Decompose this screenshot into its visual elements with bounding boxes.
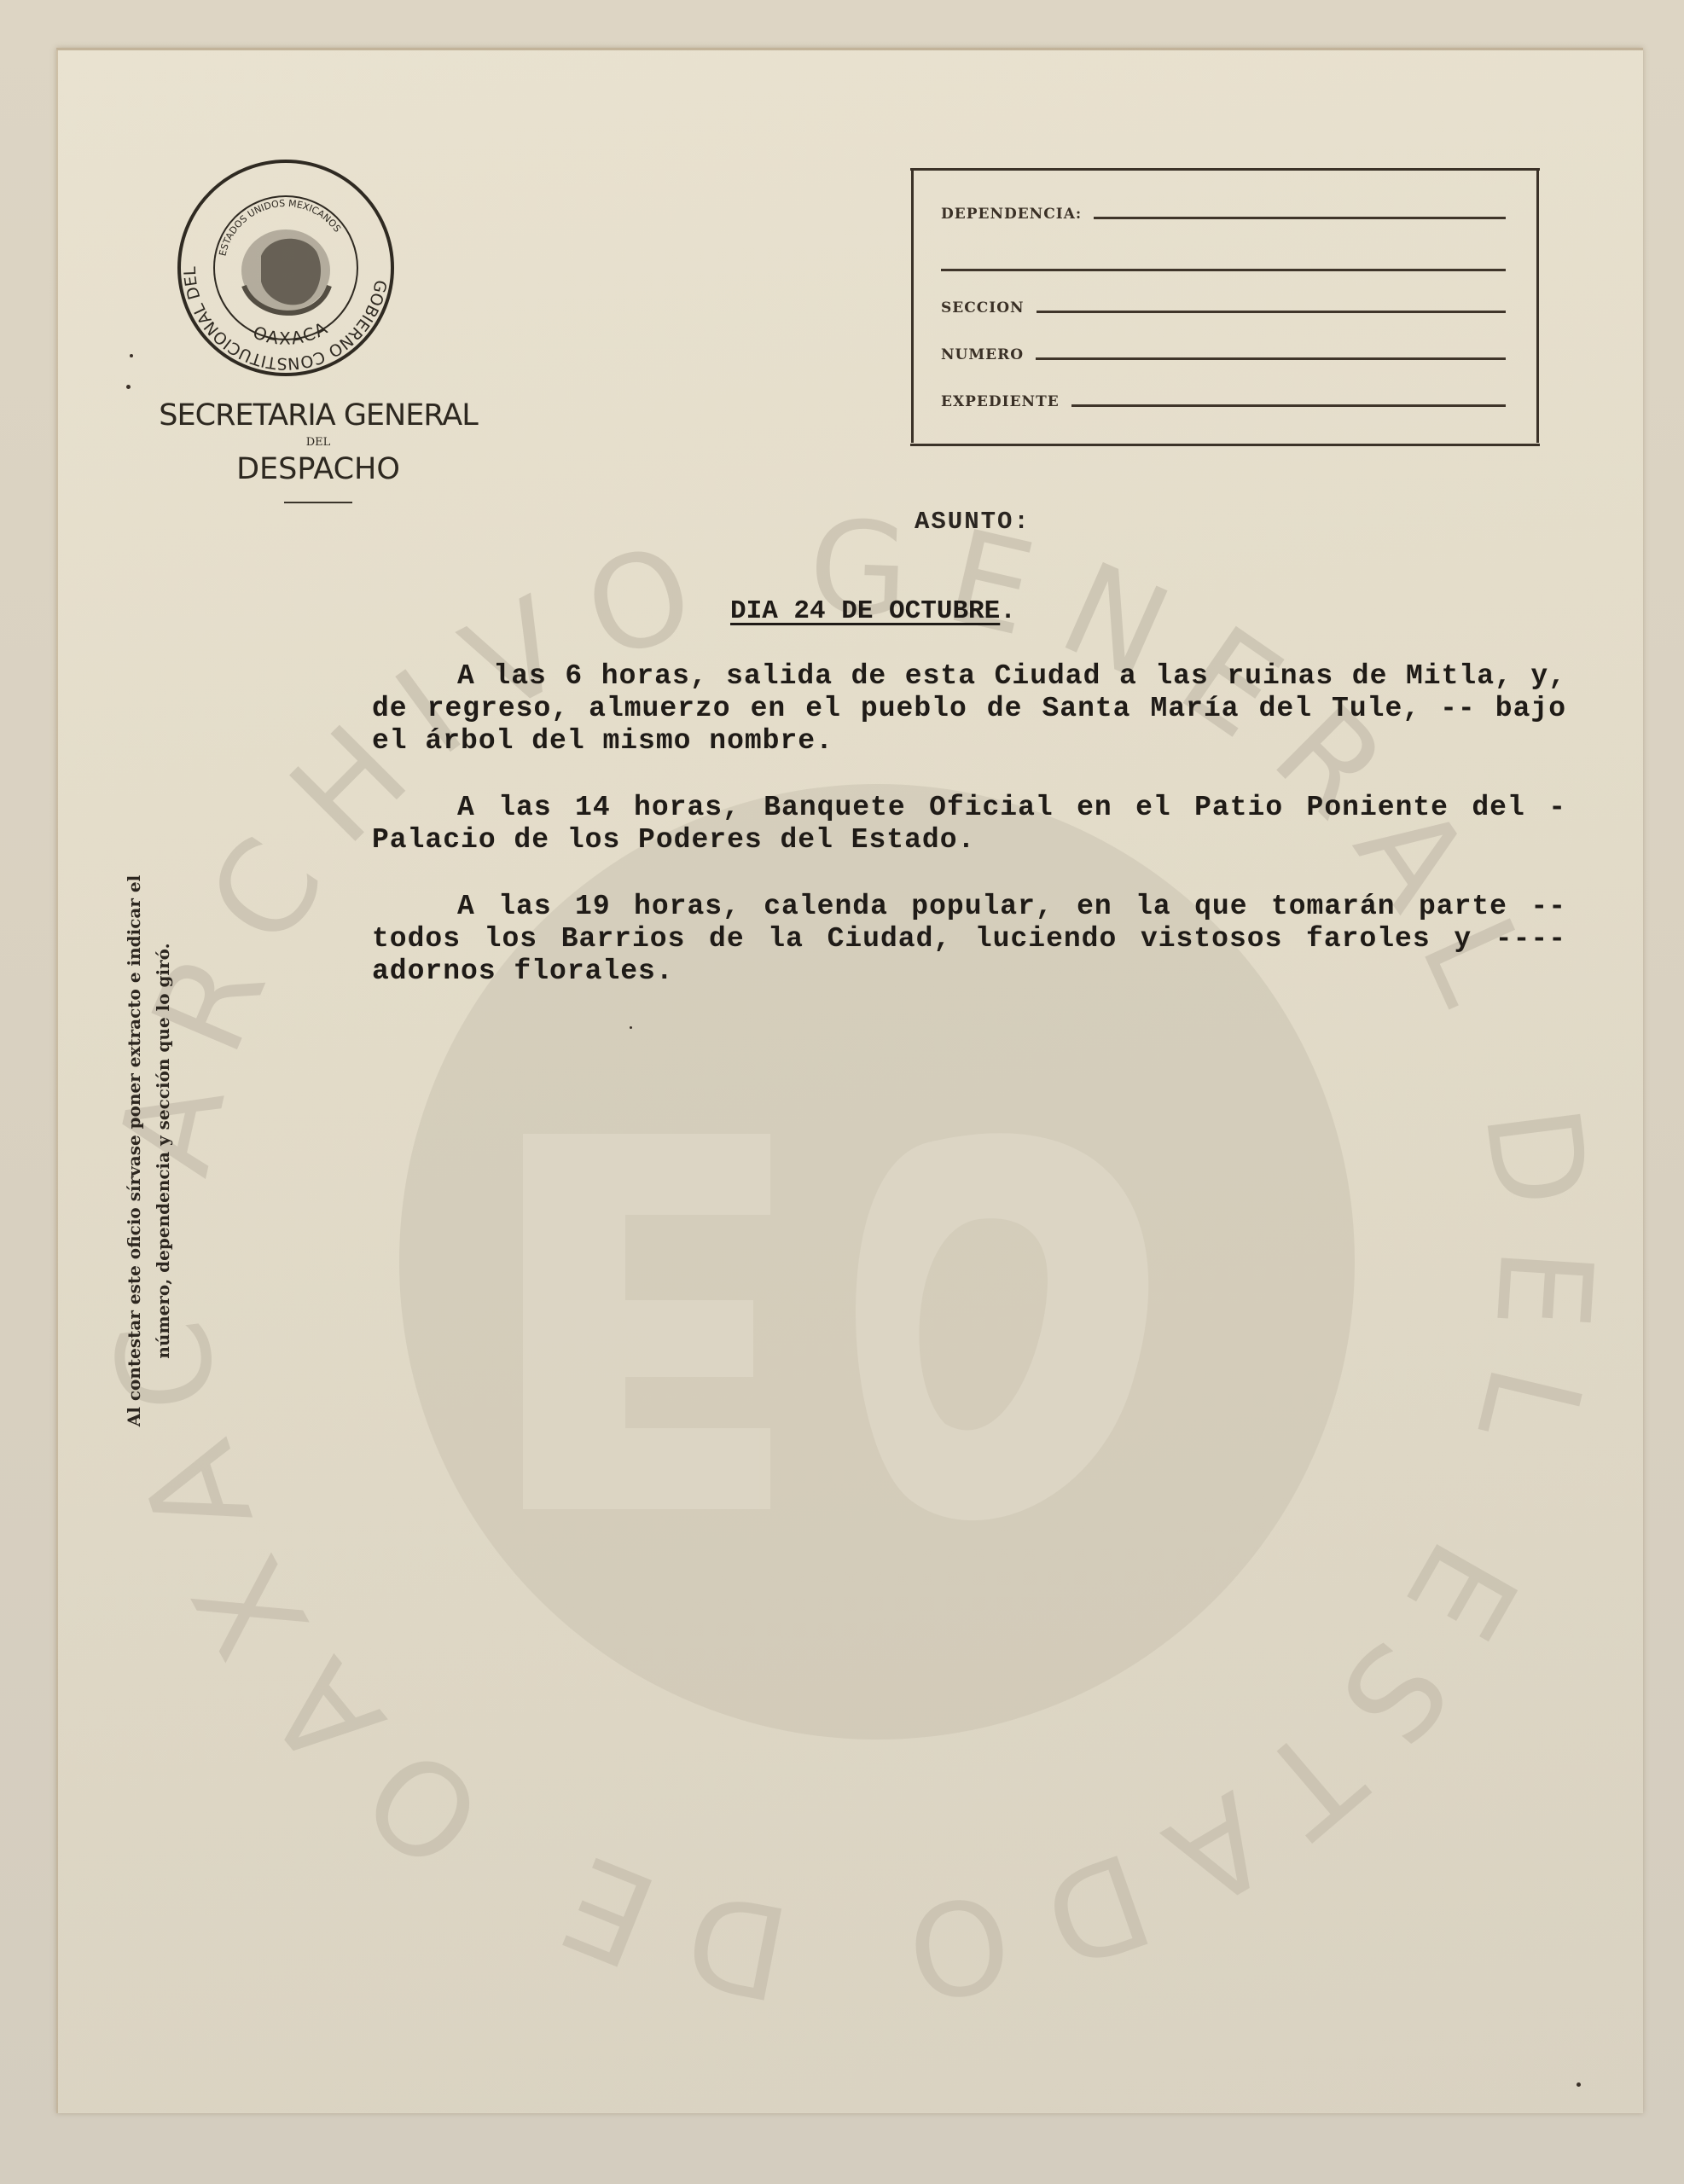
- department-connector: DEL: [126, 436, 510, 449]
- reference-form-box: DEPENDENCIA: SECCION NUMERO EXPEDIENTE: [911, 170, 1539, 443]
- expediente-blank[interactable]: [1071, 404, 1506, 407]
- department-subname: DESPACHO: [126, 452, 510, 486]
- expediente-field[interactable]: EXPEDIENTE: [941, 393, 1506, 410]
- paragraph-morning: A las 6 horas, salida de esta Ciudad a l…: [372, 660, 1566, 758]
- dependencia-label: DEPENDENCIA:: [941, 206, 1082, 223]
- numero-field[interactable]: NUMERO: [941, 346, 1506, 363]
- box-bottom-rule: [910, 444, 1540, 446]
- dependencia-blank[interactable]: [1094, 217, 1506, 219]
- department-title: SECRETARIA GENERAL DEL DESPACHO: [126, 398, 510, 503]
- svg-text:OAXACA: OAXACA: [250, 317, 332, 349]
- paragraph-text: A las 19 horas, calenda popular, en la q…: [372, 891, 1566, 987]
- dependencia-field[interactable]: DEPENDENCIA:: [941, 206, 1506, 223]
- department-name: SECRETARIA GENERAL: [126, 398, 510, 433]
- heading-period: .: [1000, 596, 1016, 626]
- box-top-rule: [910, 168, 1540, 171]
- seccion-field[interactable]: SECCION: [941, 299, 1506, 317]
- dependencia-blank-continuation[interactable]: [941, 269, 1506, 271]
- seccion-blank[interactable]: [1037, 311, 1506, 313]
- paragraph-evening: A las 19 horas, calenda popular, en la q…: [372, 891, 1566, 988]
- numero-blank[interactable]: [1036, 357, 1506, 360]
- divider: [284, 502, 352, 503]
- document-page: ARCHIVO GENERAL DEL ESTADO DE OAXACA GOB…: [56, 48, 1643, 2113]
- state-seal: GOBIERNO CONSTITUCIONAL DEL ESTADO ESTAD…: [176, 158, 396, 378]
- eagle-emblem-icon: [241, 229, 330, 313]
- seccion-label: SECCION: [941, 299, 1025, 317]
- asunto-label: ASUNTO:: [915, 508, 1031, 536]
- margin-note-line-1: Al contestar este oficio sírvase poner e…: [119, 810, 148, 1492]
- margin-note-line-2: número, dependencia y sección que lo gir…: [148, 810, 177, 1492]
- heading-date: DIA 24 DE OCTUBRE: [730, 596, 1000, 626]
- document-body: DIA 24 DE OCTUBRE. A las 6 horas, salida…: [372, 596, 1635, 988]
- paragraph-text: A las 6 horas, salida de esta Ciudad a l…: [372, 660, 1566, 757]
- document-heading: DIA 24 DE OCTUBRE.: [730, 596, 1635, 626]
- margin-instruction-note: Al contestar este oficio sírvase poner e…: [119, 810, 177, 1492]
- expediente-label: EXPEDIENTE: [941, 393, 1060, 410]
- paragraph-afternoon: A las 14 horas, Banquete Oficial en el P…: [372, 792, 1566, 857]
- numero-label: NUMERO: [941, 346, 1024, 363]
- paragraph-text: A las 14 horas, Banquete Oficial en el P…: [372, 792, 1566, 856]
